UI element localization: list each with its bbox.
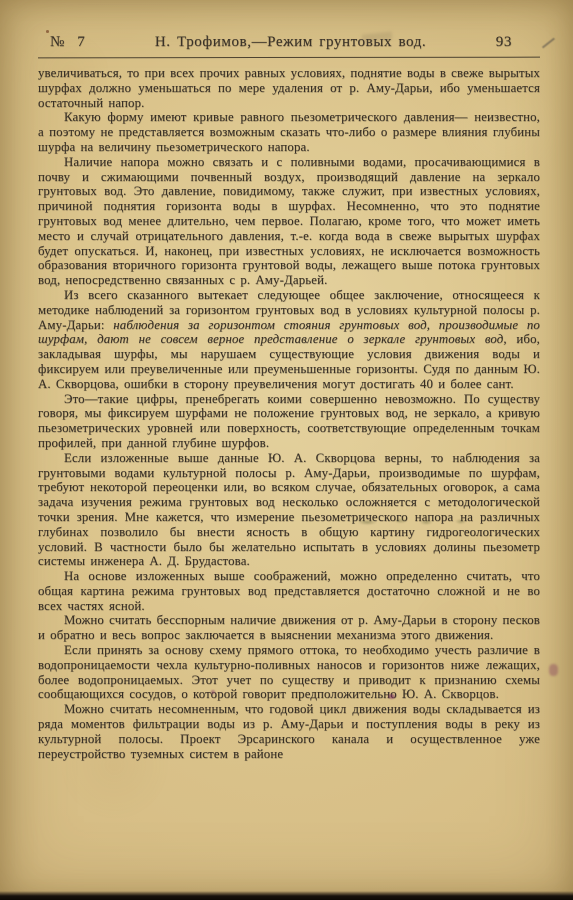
paper-speck [46,30,49,33]
edge-stain [549,664,558,676]
running-title: Н. Трофимов,—Режим грунтовых вод. [85,34,495,51]
paragraph: Если принять за основу схему прямого отт… [38,643,540,702]
paragraph: На основе изложенных выше соображений, м… [38,569,540,613]
paragraph-text: Наличие напора можно связать и с поливны… [38,155,540,287]
issue-number: № 7 [38,34,85,51]
paragraph-text-italic: наблюдения за горизонтом стояния грунтов… [38,318,540,347]
paragraph-text: Можно считать несомненным, что годовой ц… [38,702,540,760]
paragraph: Это—такие цифры, пренебрегать коими сове… [38,392,540,451]
paragraph: Можно считать бесспорным наличие движени… [38,613,540,643]
paragraph: Если изложенные выше данные Ю. А. Скворц… [38,451,540,569]
paragraph-text: Если принять за основу схему прямого отт… [38,643,540,701]
paragraph: Можно считать несомненным, что годовой ц… [38,702,540,761]
paragraph-text: Если изложенные выше данные Ю. А. Скворц… [38,451,540,569]
paragraph: увеличиваться, то при всех прочих равных… [38,66,540,110]
running-head: № 7 Н. Трофимов,—Режим грунтовых вод. 93 [38,34,540,51]
paragraph-text: Какую форму имеют кривые равного пьезоме… [38,110,540,154]
scan-bottom-edge [0,891,573,900]
page-number: 93 [496,34,540,51]
header-rule [38,57,540,59]
scanned-page: № 7 Н. Трофимов,—Режим грунтовых вод. 93… [0,0,573,900]
page-body: увеличиваться, то при всех прочих равных… [38,66,540,886]
paragraph: Какую форму имеют кривые равного пьезоме… [38,110,540,154]
paragraph-text: На основе изложенных выше соображений, м… [38,569,540,613]
paragraph-text: Можно считать бесспорным наличие движени… [38,613,540,642]
paragraph: Из всего сказанного вытекает следующее о… [38,288,540,392]
paragraph-text: увеличиваться, то при всех прочих равных… [38,66,540,110]
pen-mark [542,38,555,49]
paragraph-text: Это—такие цифры, пренебрегать коими сове… [38,392,540,450]
paragraph: Наличие напора можно связать и с поливны… [38,155,540,288]
